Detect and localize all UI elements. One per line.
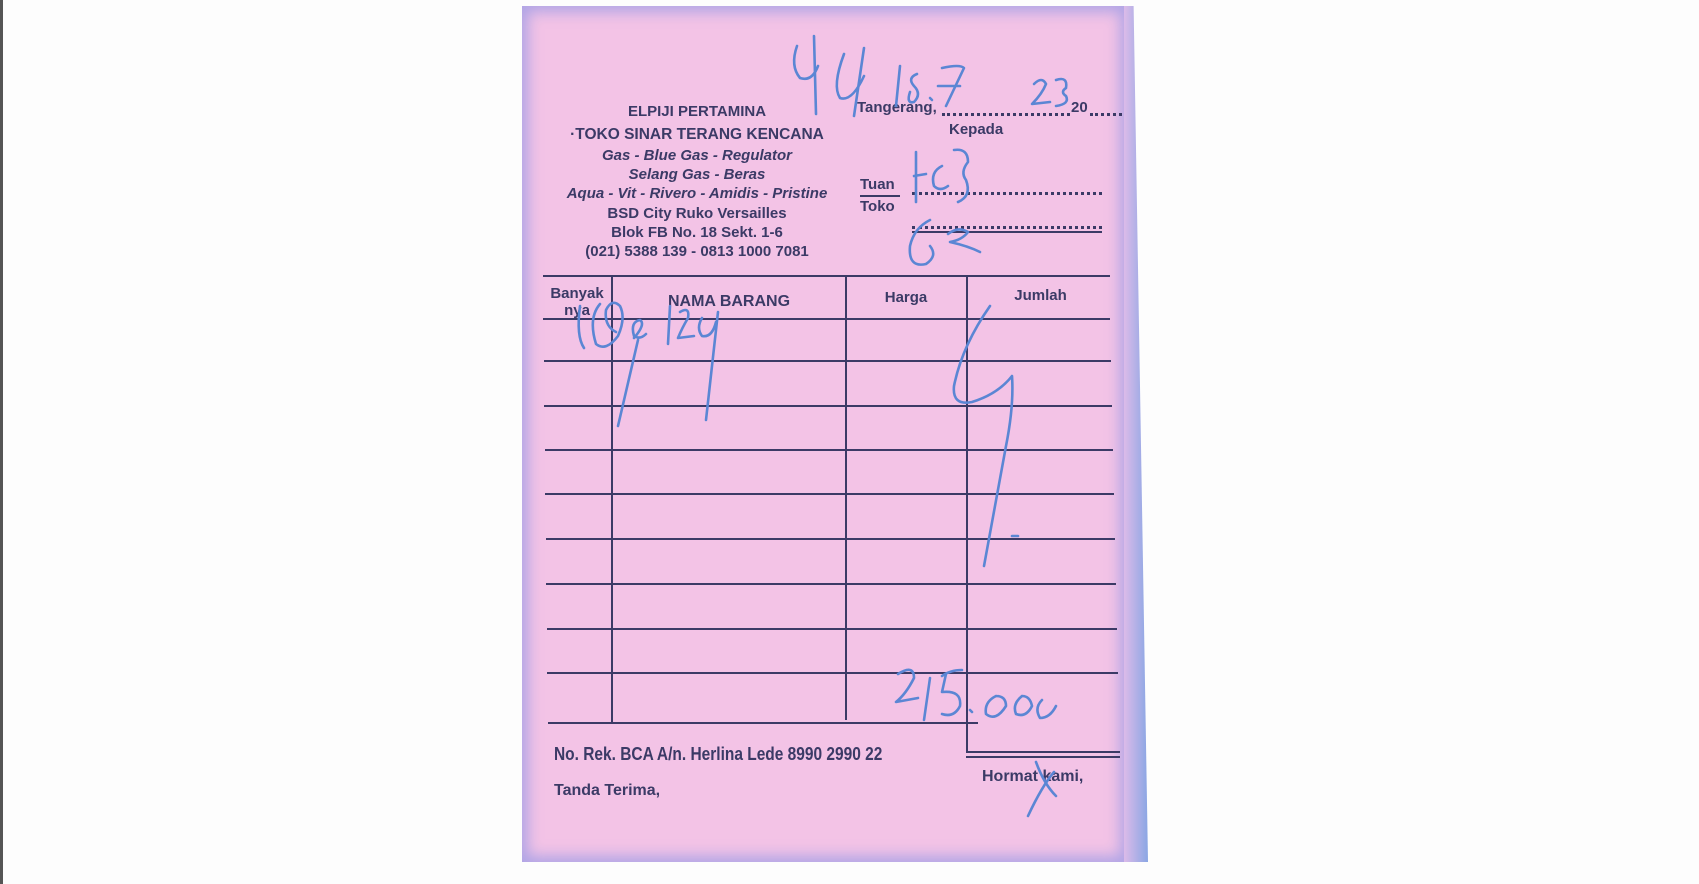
handwritten-signature <box>1028 762 1056 816</box>
handwritten-item-qty <box>579 306 584 348</box>
scanner-edge <box>0 0 3 884</box>
handwritten-total <box>896 670 1056 720</box>
receipt-paper: ELPIJI PERTAMINA ·TOKO SINAR TERANG KENC… <box>522 6 1126 862</box>
handwritten-date <box>896 66 964 106</box>
handwritten-year <box>1032 79 1067 106</box>
handwritten-jumlah-stroke <box>954 306 1013 566</box>
handwritten-number-44 <box>794 36 864 116</box>
handwritten-toko <box>910 220 980 265</box>
handwriting-layer <box>522 6 1126 862</box>
handwritten-item-name <box>593 303 718 426</box>
handwritten-tuan <box>914 150 968 202</box>
